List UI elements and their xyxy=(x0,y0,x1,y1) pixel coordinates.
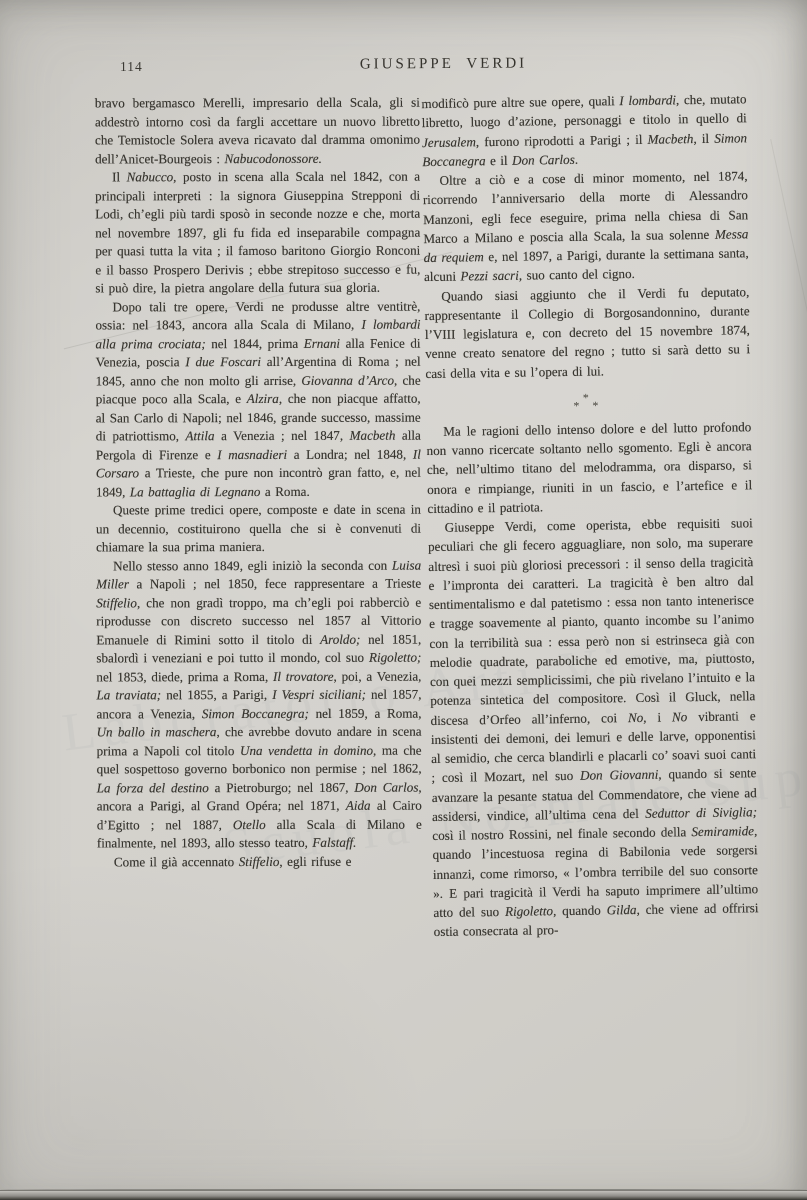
text-column-right: modificò pure altre sue opere, quali I l… xyxy=(421,89,759,941)
paragraph: Queste prime tredici opere, composte e d… xyxy=(96,501,421,557)
scan-bottom-shadow xyxy=(0,1191,807,1200)
paragraph: Il Nabucco, posto in scena alla Scala ne… xyxy=(95,168,420,298)
paragraph: Come il già accennato Stiffelio, egli ri… xyxy=(97,852,422,871)
paragraph: Ma le ragioni dello intenso dolore e del… xyxy=(426,417,752,518)
paragraph: Quando siasi aggiunto che il Verdi fu de… xyxy=(424,282,750,383)
section-separator-asterism: ** * xyxy=(426,391,751,412)
paragraph: Dopo tali tre opere, Verdi ne produsse a… xyxy=(95,297,421,501)
paragraph: Oltre a ciò e a cose di minor momento, n… xyxy=(422,166,749,286)
scan-crease-artifact xyxy=(770,139,807,462)
text-block: bravo bergamasco Merelli, impresario del… xyxy=(96,94,757,942)
text-column-left: bravo bergamasco Merelli, impresario del… xyxy=(95,94,422,942)
paragraph: bravo bergamasco Merelli, impresario del… xyxy=(95,94,420,169)
paragraph: Giuseppe Verdi, come operista, ebbe requ… xyxy=(428,513,759,941)
paragraph: modificò pure altre sue opere, quali I l… xyxy=(421,89,747,171)
paragraph: Nello stesso anno 1849, egli iniziò la s… xyxy=(96,556,422,853)
running-head-title: GIUSEPPE VERDI xyxy=(113,54,774,74)
page-header: 114 GIUSEPPE VERDI xyxy=(96,56,757,78)
book-page-scan: Laboratorio Arti Visive Scuola Normale S… xyxy=(0,0,807,1200)
